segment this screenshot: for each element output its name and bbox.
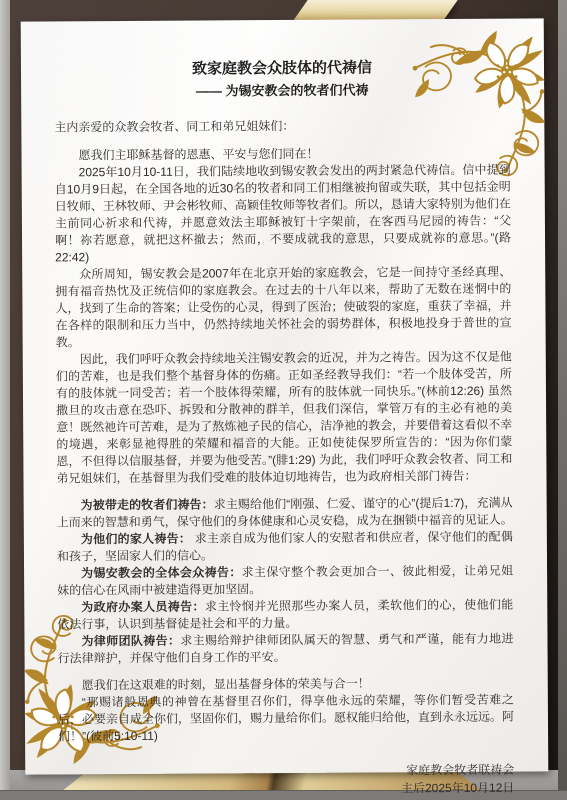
page-subtitle: —— 为锡安教会的牧者们代祷 <box>54 81 510 101</box>
frame-outer-right-edge <box>558 0 567 800</box>
prayer-item-label: 为他们的家人祷告： <box>81 532 191 547</box>
prayer-item-label: 为律师团队祷告： <box>81 634 180 649</box>
prayer-item: 为律师团队祷告：求主赐给辩护律师团队属天的智慧、勇气和严谨，能有力地进行法律辩护… <box>57 631 513 668</box>
signature-block: 家庭教会牧者联祷会 主后2025年10月12日 <box>58 761 514 800</box>
prayer-item-label: 为政府办案人员祷告： <box>81 599 205 614</box>
prayer-item: 为锡安教会的全体会众祷告：求主保守整个教会更加合一、彼此相爱，让弟兄姐妹的信心在… <box>57 563 513 600</box>
paragraph-call-to-prayer: 因此，我们呼吁众教会持续地关注锡安教会的近况，并为之祷告。因为这不仅是他们的苦难… <box>56 349 513 488</box>
salutation: 主内亲爱的众教会牧者、同工和弟兄姐妹们： <box>54 117 510 137</box>
prayer-item: 为政府办案人员祷告：求主怜悯并光照那些办案人员，柔软他们的心，使他们能依法行事，… <box>57 597 513 634</box>
prayer-item-label: 为锡安教会的全体会众祷告： <box>81 565 242 580</box>
prayer-item: 为他们的家人祷告： 求主亲自成为他们家人的安慰者和供应者，保守他们的配偶和孩子，… <box>57 529 513 566</box>
date: 主后2025年10月12日 <box>58 779 514 800</box>
prayer-item-label: 为被带走的牧者们祷告： <box>81 497 214 512</box>
frame-outer-left-edge <box>0 0 10 800</box>
paragraph-news: 2025年10月10-11日，我们陆续地收到锡安教会发出的两封紧急代祷信。信中提… <box>55 162 512 267</box>
letter-page: 致家庭教会众肢体的代祷信 —— 为锡安教会的牧者们代祷 主内亲爱的众教会牧者、同… <box>21 18 549 774</box>
prayer-item: 为被带走的牧者们祷告：求主赐给他们“刚强、仁爱、谨守的心”(提后1:7)，充满从… <box>57 495 513 532</box>
page-title: 致家庭教会众肢体的代祷信 <box>54 59 510 79</box>
paragraph-church-history: 众所周知，锡安教会是2007年在北京开始的家庭教会，它是一间持守圣经真理、拥有福… <box>55 264 512 352</box>
letter-content: 致家庭教会众肢体的代祷信 —— 为锡安教会的牧者们代祷 主内亲爱的众教会牧者、同… <box>21 18 549 799</box>
closing-scripture: “那赐诸般恩典的神曾在基督里召你们，得享他永远的荣耀，等你们暂受苦难之后，必要亲… <box>58 692 514 746</box>
